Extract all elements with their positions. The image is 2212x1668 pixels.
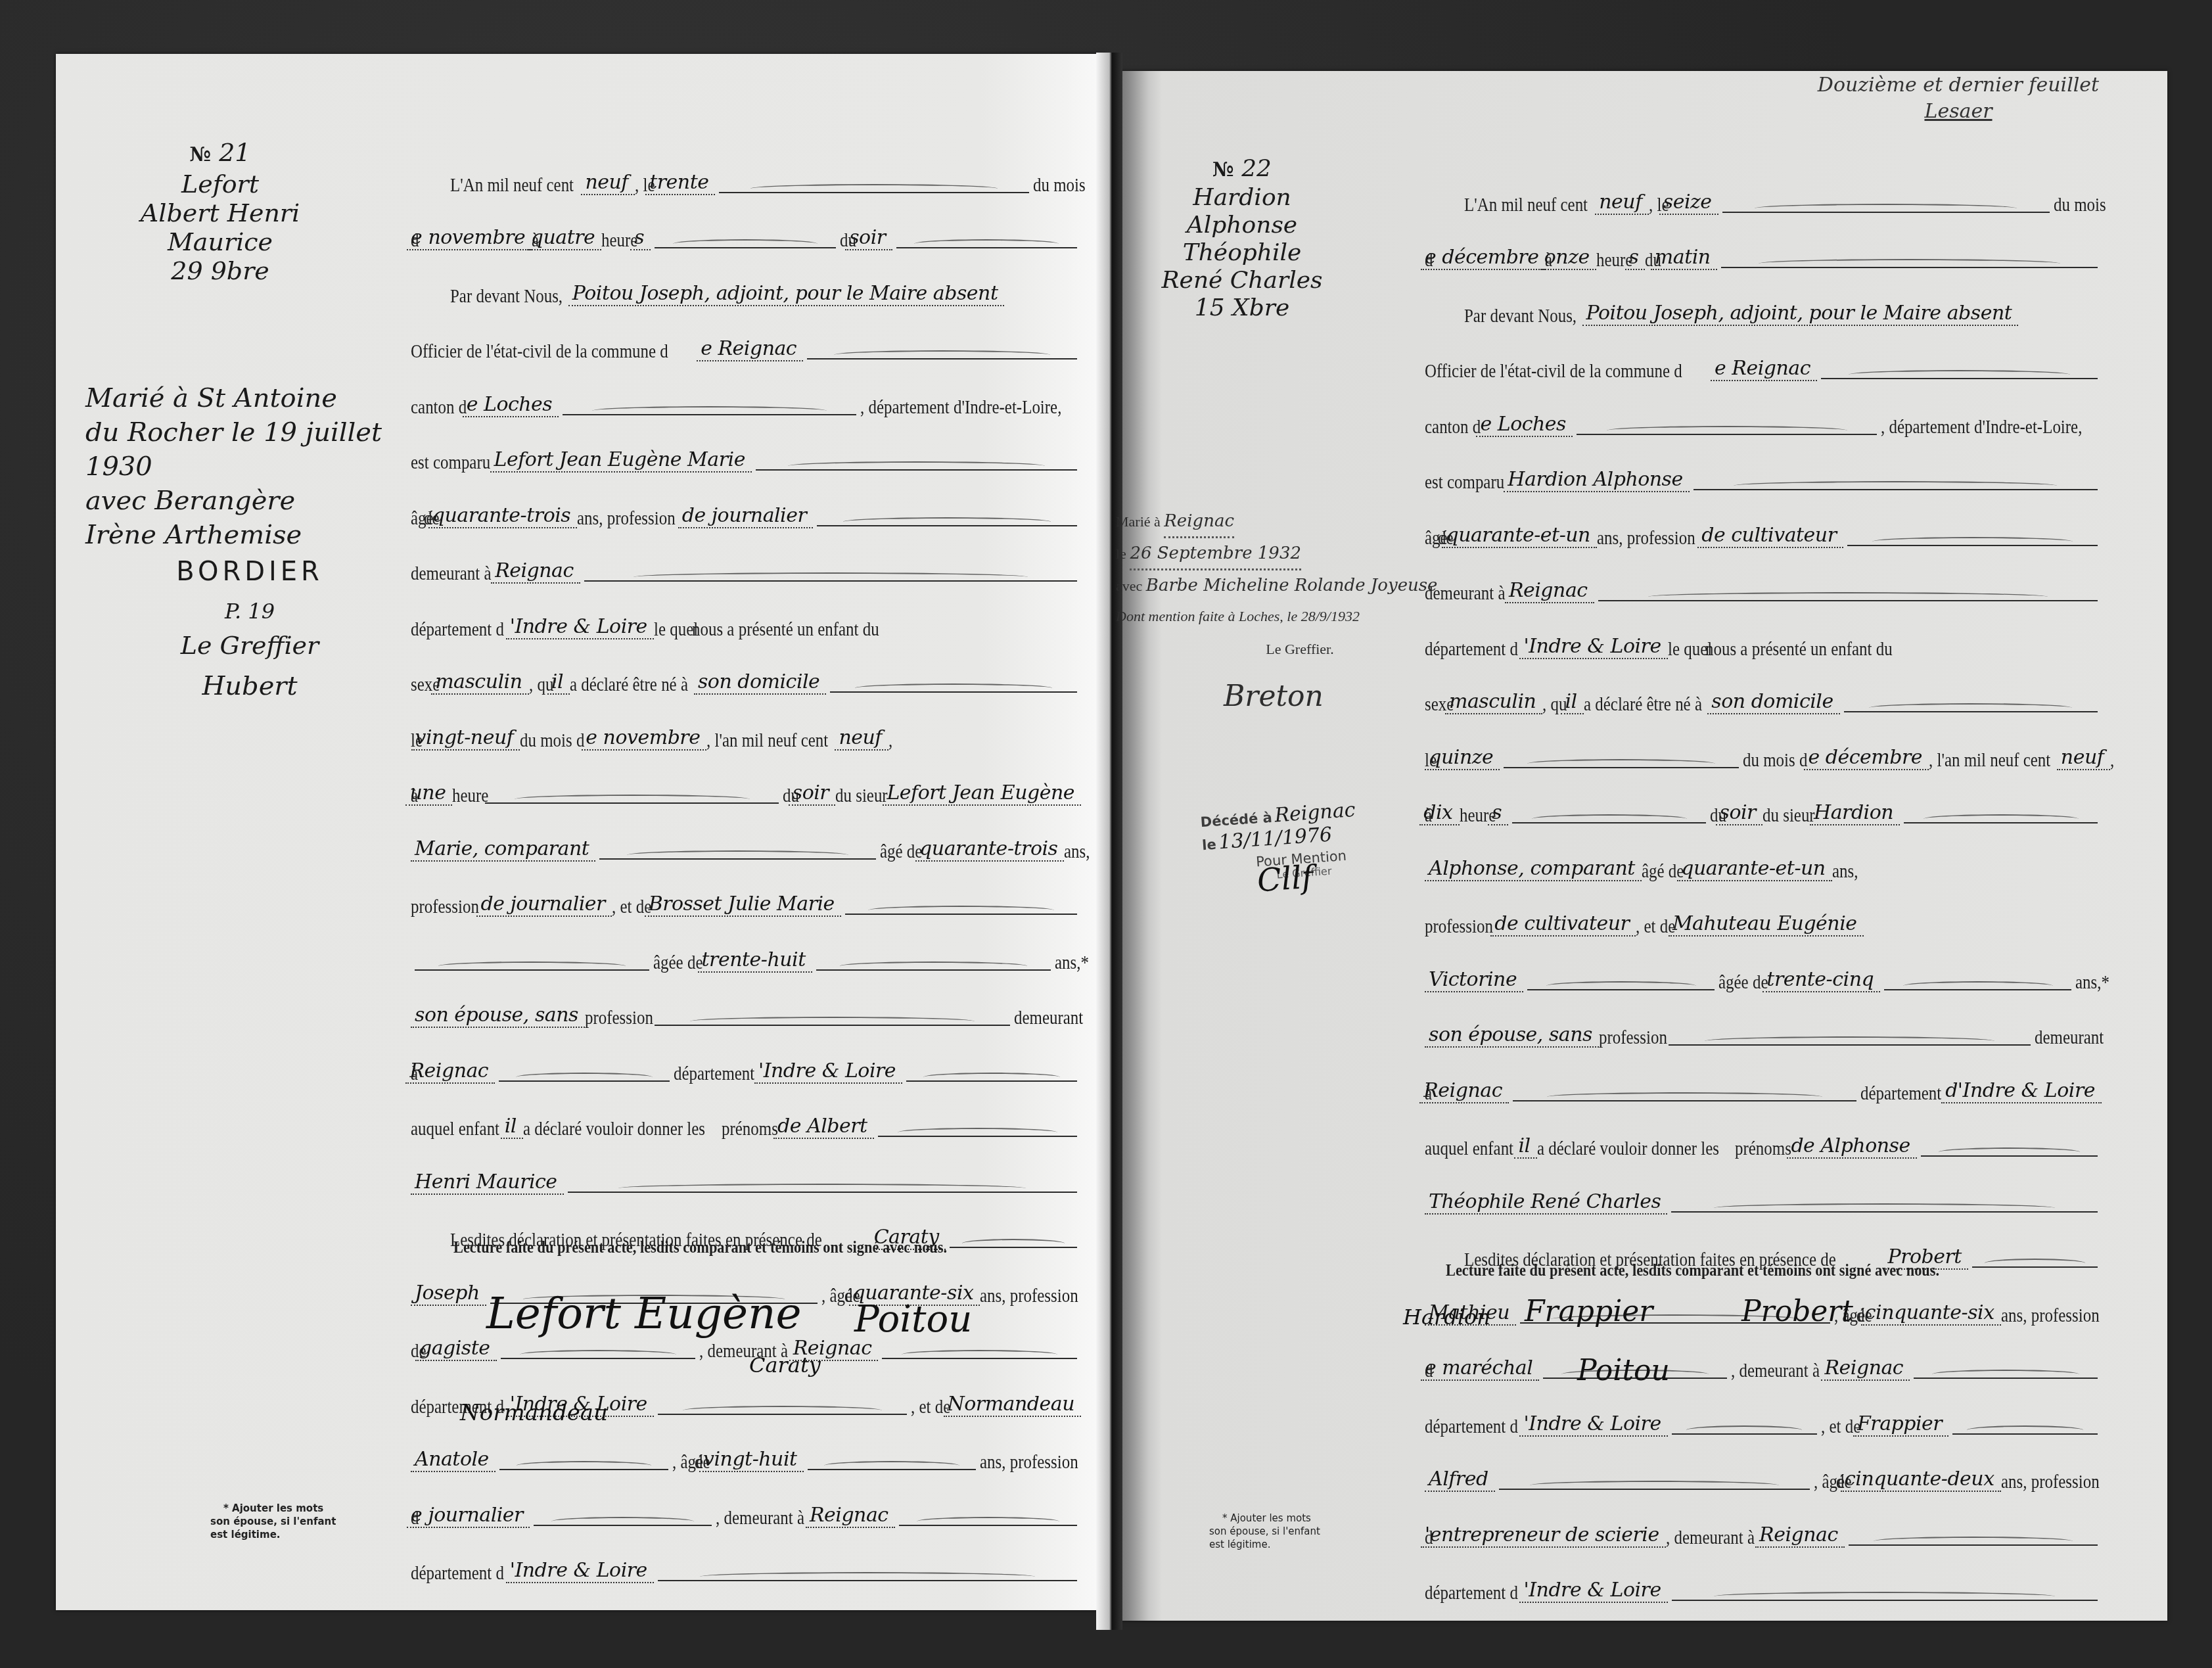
line-filler xyxy=(1513,1100,1856,1101)
line-filler xyxy=(1499,1489,1810,1490)
footnote-line: son épouse, si l'enfant xyxy=(210,1515,336,1528)
handwritten-entry: trente-huit xyxy=(698,950,812,973)
handwritten-entry: Poitou Joseph, adjoint, pour le Maire ab… xyxy=(1582,304,2019,326)
printed-label: à xyxy=(411,1065,418,1084)
handwritten-entry: e novembre xyxy=(582,728,706,751)
greffier-signature: Hubert xyxy=(85,669,414,703)
line-filler xyxy=(568,1192,1077,1193)
printed-label: le quel xyxy=(654,620,698,639)
printed-label: du xyxy=(840,231,856,250)
margin-entry-21: № 21 Lefort Albert Henri Maurice 29 9bre xyxy=(135,138,306,285)
printed-label: département d xyxy=(411,1564,504,1583)
printed-label: ans, profession xyxy=(1597,529,1695,548)
signature-normandeau: Normandeau xyxy=(460,1400,608,1426)
handwritten-entry: de cultivateur xyxy=(1490,914,1636,937)
line-filler xyxy=(882,1358,1077,1359)
handwritten-entry: 'Indre & Loire xyxy=(1519,1414,1667,1437)
line-filler xyxy=(756,469,1077,471)
closing-statement-left: Lecture faite du présent acte, lesdits c… xyxy=(453,1238,947,1257)
printed-label: le xyxy=(411,731,423,751)
birth-record-21: L'An mil neuf centneuf, letrentedu moisd… xyxy=(411,139,1081,1583)
marriage-line-1: Marié à St Antoine xyxy=(85,381,414,415)
handwritten-entry: de cultivateur xyxy=(1697,526,1843,548)
line-filler xyxy=(1722,212,2050,213)
printed-label: Par devant Nous, xyxy=(1464,307,1577,326)
handwritten-entry: Reignac xyxy=(1755,1525,1845,1548)
form-line: canton de Loches, département d'Indre-et… xyxy=(411,361,1081,417)
handwritten-entry: gagiste xyxy=(415,1339,497,1361)
handwritten-entry: de journalier xyxy=(678,506,814,528)
printed-label: du xyxy=(783,787,799,806)
printed-label: du sieur xyxy=(835,787,888,806)
form-line: Officier de l'état-civil de la commune d… xyxy=(411,306,1081,362)
book-gutter xyxy=(1096,53,1122,1630)
printed-label: de xyxy=(411,1342,426,1361)
printed-label: , demeurant à xyxy=(1666,1529,1755,1548)
line-filler xyxy=(899,1525,1077,1526)
birth-record-22: L'An mil neuf centneuf, leseizedu moisde… xyxy=(1425,159,2102,1603)
line-filler xyxy=(1512,822,1706,823)
form-line: Marie, comparantâgé dequarante-troisans, xyxy=(411,806,1081,862)
printed-label: a déclaré vouloir donner les xyxy=(1537,1140,1719,1159)
stamp-label: Marié à xyxy=(1116,513,1161,530)
signature-probert: Probert xyxy=(1741,1295,1853,1328)
form-line: âgédequarante-troisans, professionde jou… xyxy=(411,473,1081,528)
printed-label: , qu' xyxy=(1542,695,1570,714)
handwritten-entry: Reignac xyxy=(405,1061,495,1084)
form-line: Par devant Nous,Poitou Joseph, adjoint, … xyxy=(1425,270,2102,326)
signature-frappier: Frappier xyxy=(1525,1295,1653,1328)
handwritten-entry: son épouse, sans xyxy=(1425,1025,1599,1048)
form-line: professionde journalier, et deBrosset Ju… xyxy=(411,862,1081,917)
handwritten-entry: 'Indre & Loire xyxy=(506,617,654,639)
line-filler xyxy=(830,691,1077,693)
printed-label: est comparu xyxy=(411,453,490,473)
handwritten-entry: Théophile René Charles xyxy=(1425,1192,1667,1215)
printed-label: ans,* xyxy=(2075,973,2109,992)
handwritten-entry: Brosset Julie Marie xyxy=(645,894,841,917)
printed-label: à xyxy=(411,787,418,806)
form-line: Alphonse, comparantâgé dequarante-et-una… xyxy=(1425,825,2102,881)
line-filler xyxy=(1721,267,2098,268)
marriage-ref: P. 19 xyxy=(85,594,414,628)
handwritten-entry: e Loches xyxy=(1476,415,1573,437)
handwritten-entry: Reignac xyxy=(1821,1358,1910,1381)
handwritten-entry: Marie, comparant xyxy=(411,839,595,862)
printed-label: du mois d xyxy=(1743,751,1807,770)
signature-caraty: Caraty xyxy=(749,1353,821,1378)
printed-label: a déclaré vouloir donner les xyxy=(523,1120,705,1139)
printed-label: sexe xyxy=(411,676,440,695)
printed-label: , et de xyxy=(1636,917,1675,937)
line-filler xyxy=(485,802,779,804)
form-line: département d'Indre & Loirele quelnous a… xyxy=(1425,603,2102,659)
printed-label: canton d xyxy=(1425,418,1481,437)
form-line: département d'Indre & Loire xyxy=(1425,1548,2102,1604)
printed-label: demeurant xyxy=(2035,1029,2104,1048)
entry-number: 21 xyxy=(219,138,250,167)
printed-label: du xyxy=(1710,806,1726,825)
entry-date: 15 Xbre xyxy=(1143,294,1341,322)
line-filler xyxy=(1921,1155,2098,1157)
printed-label: , demeurant à xyxy=(1731,1362,1820,1381)
handwritten-entry: 'Indre & Loire xyxy=(1519,1581,1667,1603)
line-filler xyxy=(1504,767,1738,768)
printed-label: est comparu xyxy=(1425,473,1504,492)
line-filler xyxy=(658,1580,1077,1581)
handwritten-entry: masculin xyxy=(1445,692,1542,714)
form-line: L'An mil neuf centneuf, leseizedu mois xyxy=(1425,159,2102,215)
printed-label: heure xyxy=(452,787,488,806)
entry-number-label: № xyxy=(189,143,211,166)
handwritten-entry: Alfred xyxy=(1425,1470,1495,1492)
marriage-line-4: Irène Arthemise xyxy=(85,518,414,552)
form-line: àdixheuresdusoirdu sieurHardion xyxy=(1425,770,2102,826)
handwritten-entry: Alphonse, comparant xyxy=(1425,859,1642,881)
line-filler xyxy=(1577,434,1877,435)
printed-label: de xyxy=(1856,1307,1872,1326)
printed-label: département xyxy=(674,1065,754,1084)
printed-label: de xyxy=(1438,529,1454,548)
form-line: àReignacdépartement'Indre & Loire xyxy=(411,1028,1081,1084)
printed-label: , département d'Indre-et-Loire, xyxy=(1881,418,2082,437)
printed-label: Officier de l'état-civil de la commune d xyxy=(411,342,668,361)
line-filler xyxy=(1694,489,2098,490)
printed-label: ans, profession xyxy=(2001,1473,2100,1492)
handwritten-entry: Reignac xyxy=(1505,581,1594,603)
handwritten-entry: trente xyxy=(645,173,715,195)
handwritten-entry: Henri Maurice xyxy=(411,1172,564,1195)
entry-number-label: № xyxy=(1212,158,1234,181)
stamp-value: 26 Septembre 1932 xyxy=(1130,538,1301,570)
printed-label: ans,* xyxy=(1055,954,1089,973)
feuillet-annotation: Douzième et dernier feuillet Lesaer xyxy=(1774,72,2142,125)
entry-given-names-2: Maurice xyxy=(135,227,306,256)
handwritten-entry: 'Indre & Loire xyxy=(754,1061,902,1084)
stamp-value: Barbe Micheline Rolande Joyeuse xyxy=(1146,576,1438,595)
handwritten-entry: vingt-huit xyxy=(699,1450,804,1472)
handwritten-entry: il xyxy=(1514,1136,1536,1159)
line-filler xyxy=(1884,989,2071,990)
printed-label: ans, xyxy=(1064,843,1090,862)
printed-label: , le xyxy=(1649,196,1669,215)
line-filler xyxy=(1672,1600,2098,1601)
line-filler xyxy=(534,1525,712,1526)
handwritten-entry: Frappier xyxy=(1853,1414,1948,1437)
printed-label: prénoms xyxy=(1735,1140,1791,1159)
form-line: auquel enfantila déclaré vouloir donner … xyxy=(411,1084,1081,1140)
printed-label: de xyxy=(424,509,440,528)
printed-label: demeurant xyxy=(1014,1009,1083,1028)
printed-label: heure xyxy=(1596,251,1632,270)
printed-label: d xyxy=(411,1509,419,1528)
handwritten-entry: quarante-et-un xyxy=(1677,859,1832,881)
handwritten-entry: e Reignac xyxy=(697,339,803,361)
line-filler xyxy=(1669,1044,2031,1046)
form-line: Théophile René Charles xyxy=(1425,1159,2102,1215)
form-line: âgédequarante-et-unans, professionde cul… xyxy=(1425,492,2102,548)
line-filler xyxy=(658,1414,907,1415)
footnote-left: * Ajouter les mots son épouse, si l'enfa… xyxy=(210,1502,336,1541)
line-filler xyxy=(1527,989,1715,990)
form-line: professionde cultivateur, et deMahuteau … xyxy=(1425,881,2102,937)
line-filler xyxy=(1849,1544,2098,1546)
form-line: sexemasculin, qu'ila déclaré être né àso… xyxy=(1425,659,2102,715)
handwritten-entry: e novembre xyxy=(407,228,532,250)
printed-label: ans, profession xyxy=(980,1287,1078,1306)
footnote-line: * Ajouter les mots xyxy=(210,1502,336,1515)
form-line: département d'Indre & Loire, et deFrappi… xyxy=(1425,1381,2102,1437)
form-line: âgée detrente-huitans,* xyxy=(411,917,1081,973)
marriage-greffier: Le Greffier xyxy=(85,628,414,662)
line-filler xyxy=(599,858,875,860)
printed-label: L'An mil neuf cent xyxy=(450,176,574,195)
handwritten-entry: de journalier xyxy=(476,894,612,917)
printed-label: , l'an mil neuf cent xyxy=(1929,751,2050,770)
printed-label: Par devant Nous, xyxy=(450,287,563,306)
handwritten-entry: e Reignac xyxy=(1711,359,1817,381)
handwritten-entry: d'Indre & Loire xyxy=(1941,1081,2102,1103)
form-line: àuneheuredusoirdu sieurLefort Jean Eugèn… xyxy=(411,751,1081,806)
line-filler xyxy=(499,1080,670,1082)
printed-label: département d xyxy=(1425,640,1518,659)
printed-label: du mois xyxy=(1033,176,1086,195)
handwritten-entry: cinquante-deux xyxy=(1841,1470,2001,1492)
printed-label: d xyxy=(1425,1529,1433,1548)
signature-lefort: Lefort Eugène xyxy=(486,1288,802,1339)
printed-label: profession xyxy=(585,1009,653,1028)
line-filler xyxy=(808,1469,977,1470)
form-line: sexemasculin, qu'ila déclaré être né àso… xyxy=(411,639,1081,695)
entry-given-names: Albert Henri xyxy=(135,198,306,227)
marriage-line-3: avec Berangère xyxy=(85,484,414,518)
line-filler xyxy=(1952,1433,2098,1435)
line-filler xyxy=(817,525,1077,526)
printed-label: profession xyxy=(411,898,479,917)
printed-label: Officier de l'état-civil de la commune d xyxy=(1425,362,1682,381)
handwritten-entry: e Loches xyxy=(463,395,559,417)
printed-label: L'An mil neuf cent xyxy=(1464,196,1588,215)
handwritten-entry: Poitou Joseph, adjoint, pour le Maire ab… xyxy=(568,284,1005,306)
form-line: auquel enfantila déclaré vouloir donner … xyxy=(1425,1103,2102,1159)
printed-label: demeurant à xyxy=(411,565,492,584)
form-line: de décembreàonzeheuresdumatin xyxy=(1425,215,2102,271)
stamp-label: avec xyxy=(1116,578,1142,594)
printed-label: , qu' xyxy=(529,676,557,695)
line-filler xyxy=(807,358,1077,359)
handwritten-entry: e décembre xyxy=(1421,248,1546,270)
marriage-note-left: Marié à St Antoine du Rocher le 19 juill… xyxy=(85,381,414,703)
form-line: Par devant Nous,Poitou Joseph, adjoint, … xyxy=(411,250,1081,306)
line-filler xyxy=(563,414,856,415)
line-filler xyxy=(719,192,1028,193)
signature-poitou: Poitou xyxy=(854,1298,972,1341)
handwritten-entry: son domicile xyxy=(1707,692,1839,714)
printed-label: département d xyxy=(1425,1584,1518,1603)
printed-label: nous a présenté un enfant du xyxy=(692,620,879,639)
line-filler xyxy=(1847,545,2098,546)
death-date-label: le xyxy=(1201,837,1216,853)
form-line: est comparuHardion Alphonse xyxy=(1425,437,2102,493)
handwritten-entry: Anatole xyxy=(411,1450,495,1472)
handwritten-entry: masculin xyxy=(431,672,528,695)
line-filler xyxy=(1844,711,2098,712)
handwritten-entry: trente-cinq xyxy=(1763,970,1880,992)
entry-surname: Lefort xyxy=(135,170,306,198)
handwritten-entry: quarante-trois xyxy=(915,839,1064,862)
entry-date: 29 9bre xyxy=(135,256,306,285)
printed-label: âgée de xyxy=(653,954,703,973)
printed-label: du xyxy=(1645,251,1661,270)
printed-label: ans, profession xyxy=(980,1453,1078,1472)
printed-label: du mois xyxy=(2054,196,2106,215)
line-filler xyxy=(1598,600,2098,601)
footnote-line: est légitime. xyxy=(1209,1538,1320,1551)
printed-label: du sieur xyxy=(1763,806,1815,825)
line-filler xyxy=(584,580,1077,582)
printed-label: du mois d xyxy=(520,731,584,751)
handwritten-entry: son domicile xyxy=(694,672,826,695)
handwritten-entry: vingt-neuf xyxy=(411,728,520,751)
printed-label: le xyxy=(1425,751,1437,770)
closing-statement-right: Lecture faite du présent acte, lesdits c… xyxy=(1446,1261,1939,1280)
form-line: département d'Indre & Loirele quelnous a… xyxy=(411,584,1081,639)
handwritten-entry: Reignac xyxy=(806,1506,895,1528)
printed-label: département d xyxy=(1425,1418,1518,1437)
handwritten-entry: son épouse, sans xyxy=(411,1006,585,1028)
feuillet-line: Douzième et dernier feuillet xyxy=(1774,72,2142,99)
line-filler xyxy=(501,1358,696,1359)
printed-label: heure xyxy=(1460,806,1496,825)
printed-label: nous a présenté un enfant du xyxy=(1705,640,1893,659)
handwritten-entry: neuf xyxy=(835,728,888,751)
line-filler xyxy=(1821,378,2098,379)
printed-label: sexe xyxy=(1425,695,1454,714)
printed-label: département d xyxy=(411,620,504,639)
printed-label: à xyxy=(1425,1084,1432,1103)
death-label: Décédé à xyxy=(1200,810,1273,831)
line-filler xyxy=(499,1469,668,1470)
handwritten-entry: de Alphonse xyxy=(1787,1136,1916,1159)
line-filler xyxy=(896,247,1077,248)
printed-label: ans, profession xyxy=(2001,1307,2100,1326)
handwritten-entry: neuf xyxy=(581,173,635,195)
line-filler xyxy=(845,914,1077,915)
line-filler xyxy=(1972,1266,2098,1268)
form-line: d'entrepreneur de scierie, demeurant àRe… xyxy=(1425,1492,2102,1548)
printed-label: , et de xyxy=(1821,1418,1860,1437)
printed-label: d xyxy=(1425,1362,1433,1381)
handwritten-entry: Hardion Alphonse xyxy=(1504,470,1689,492)
form-line: est comparuLefort Jean Eugène Marie xyxy=(411,417,1081,473)
form-line: Henri Maurice xyxy=(411,1139,1081,1195)
printed-label: de xyxy=(695,1453,710,1472)
printed-label: auquel enfant xyxy=(411,1120,499,1139)
printed-label: âgé de xyxy=(1642,862,1684,881)
printed-label: , xyxy=(2110,751,2114,770)
line-filler xyxy=(816,969,1051,971)
entry-given-names-2: René Charles xyxy=(1143,267,1341,294)
margin-entry-22: № 22 Hardion Alphonse Théophile René Cha… xyxy=(1143,155,1341,322)
handwritten-entry: Victorine xyxy=(1425,970,1523,992)
handwritten-entry: il xyxy=(501,1117,523,1139)
handwritten-entry: cinquante-six xyxy=(1861,1303,2001,1326)
handwritten-entry: quarante-et-un xyxy=(1442,526,1597,548)
printed-label: à xyxy=(532,231,539,250)
footnote-line: * Ajouter les mots xyxy=(1209,1512,1320,1525)
form-line: lequinzedu mois de décembre, l'an mil ne… xyxy=(1425,714,2102,770)
printed-label: profession xyxy=(1599,1029,1667,1048)
handwritten-entry: de Albert xyxy=(773,1117,874,1139)
marriage-line-2: du Rocher le 19 juillet 1930 xyxy=(85,415,414,484)
form-line: canton de Loches, département d'Indre-et… xyxy=(1425,381,2102,437)
handwritten-entry: e maréchal xyxy=(1421,1358,1539,1381)
handwritten-entry: Reignac xyxy=(1419,1081,1509,1103)
form-line: L'An mil neuf centneuf, letrentedu mois xyxy=(411,139,1081,195)
printed-label: auquel enfant xyxy=(1425,1140,1513,1159)
line-filler xyxy=(655,247,835,248)
handwritten-entry: Hardion xyxy=(1810,803,1900,825)
printed-label: a déclaré être né à xyxy=(570,676,688,695)
form-line: àReignacdépartementd'Indre & Loire xyxy=(1425,1048,2102,1103)
form-line: Alfred, âgédecinquante-deuxans, professi… xyxy=(1425,1437,2102,1493)
printed-label: , demeurant à xyxy=(716,1509,804,1528)
printed-label: département xyxy=(1860,1084,1941,1103)
printed-label: à xyxy=(1545,251,1552,270)
death-stamp: Décédé à Reignac le 13/11/1976 Pour Ment… xyxy=(1199,795,1416,903)
printed-label: heure xyxy=(601,231,637,250)
handwritten-entry: Joseph xyxy=(411,1284,486,1306)
printed-label: demeurant à xyxy=(1425,584,1506,603)
entry-given-names: Alphonse Théophile xyxy=(1143,212,1341,267)
form-line: Officier de l'état-civil de la commune d… xyxy=(1425,326,2102,382)
handwritten-entry: neuf xyxy=(2057,748,2111,770)
signature-poitou: Poitou xyxy=(1577,1354,1670,1387)
printed-label: âgé de xyxy=(880,843,922,862)
entry-number: 22 xyxy=(1241,155,1272,182)
printed-label: ans, profession xyxy=(577,509,676,528)
printed-label: à xyxy=(1425,806,1432,825)
printed-label: d xyxy=(411,231,419,250)
handwritten-entry: 'Indre & Loire xyxy=(1519,637,1667,659)
form-line: de maréchal, demeurant àReignac xyxy=(1425,1326,2102,1381)
printed-label: , département d'Indre-et-Loire, xyxy=(860,398,1061,417)
form-line: son épouse, sansprofessiondemeurant xyxy=(1425,992,2102,1048)
footnote-line: son épouse, si l'enfant xyxy=(1209,1525,1320,1538)
printed-label: , et de xyxy=(911,1398,950,1417)
printed-label: profession xyxy=(1425,917,1493,937)
form-line: demeurant àReignac xyxy=(1425,548,2102,604)
handwritten-entry: neuf xyxy=(1595,193,1649,215)
feuillet-signature: Lesaer xyxy=(1774,99,2142,125)
handwritten-entry: 'Indre & Loire xyxy=(506,1561,654,1583)
printed-label: , xyxy=(888,731,892,751)
line-filler xyxy=(415,969,649,971)
printed-label: âgée de xyxy=(1718,973,1768,992)
handwritten-entry: Lefort Jean Eugène Marie xyxy=(490,450,752,473)
footnote-right: * Ajouter les mots son épouse, si l'enfa… xyxy=(1209,1512,1320,1551)
handwritten-entry: Normandeau xyxy=(944,1395,1081,1417)
handwritten-entry: Mahuteau Eugénie xyxy=(1669,914,1864,937)
form-line: de journalier, demeurant àReignac xyxy=(411,1472,1081,1528)
printed-label: d xyxy=(1425,251,1433,270)
handwritten-entry: 'entrepreneur de scierie xyxy=(1421,1525,1666,1548)
printed-label: prénoms xyxy=(722,1120,778,1139)
form-line: demeurant àReignac xyxy=(411,528,1081,584)
printed-label: , le xyxy=(635,176,655,195)
line-filler xyxy=(950,1247,1077,1248)
handwritten-entry: Reignac xyxy=(491,561,580,584)
